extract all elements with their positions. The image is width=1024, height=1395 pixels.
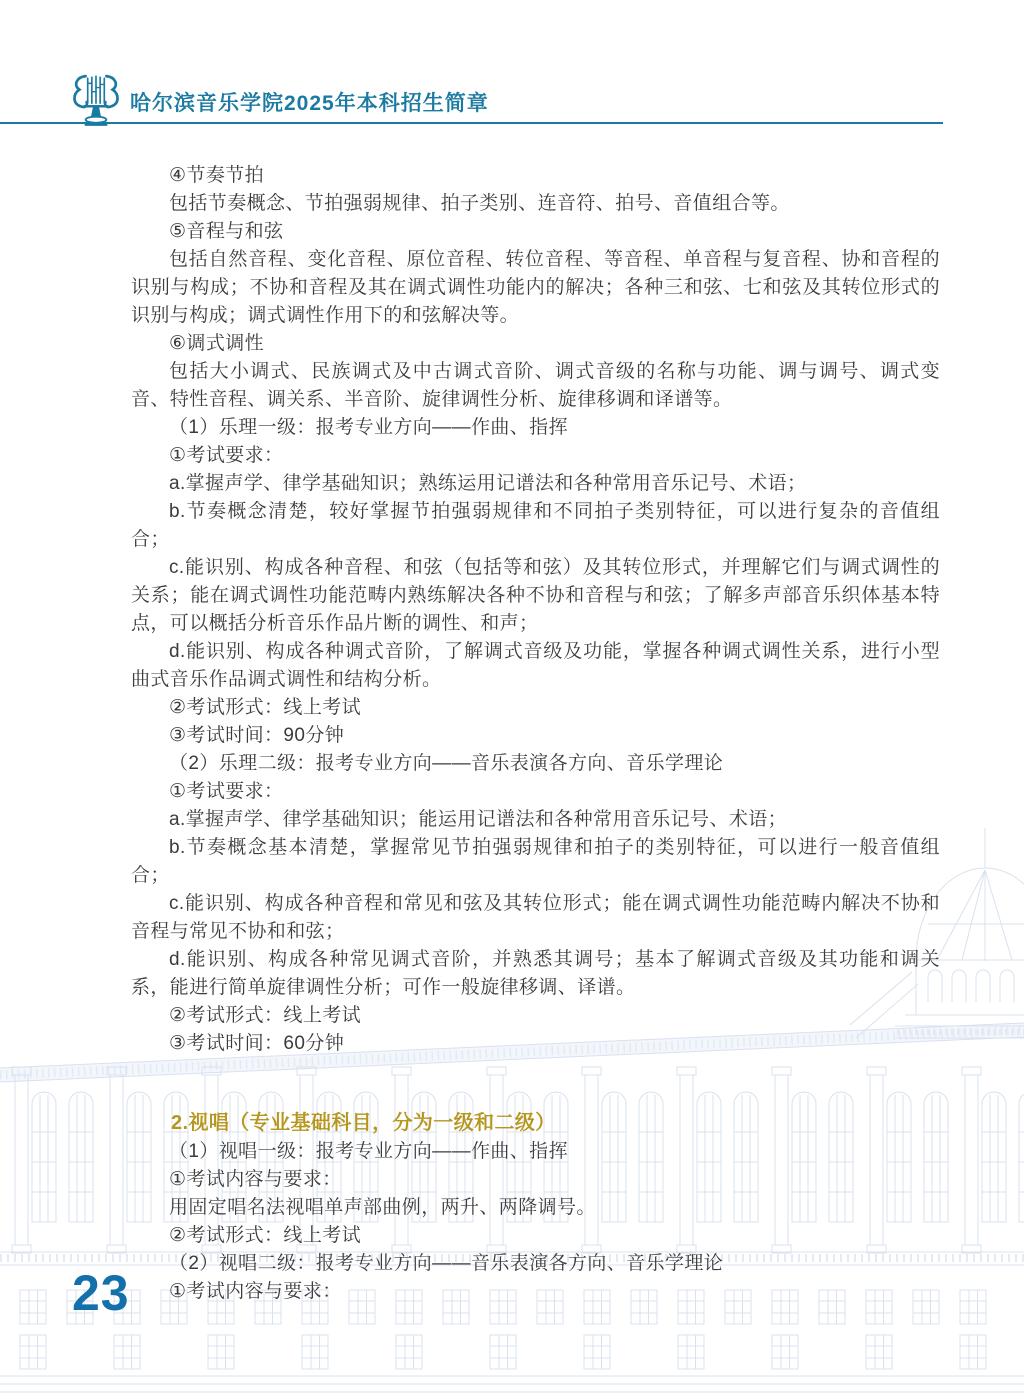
section-heading-sight-singing: 2.视唱（专业基础科目，分为一级和二级） bbox=[131, 1108, 940, 1138]
body-paragraph: ②考试形式：线上考试 bbox=[131, 1002, 940, 1030]
header-divider bbox=[0, 122, 943, 124]
body-paragraph: 用固定唱名法视唱单声部曲例，两升、两降调号。 bbox=[131, 1194, 940, 1222]
body-paragraph: （2）乐理二级：报考专业方向——音乐表演各方向、音乐学理论 bbox=[131, 750, 940, 778]
body-paragraph: ④节奏节拍 bbox=[131, 162, 940, 190]
body-paragraph: 包括自然音程、变化音程、原位音程、转位音程、等音程、单音程与复音程、协和音程的识… bbox=[131, 246, 940, 330]
body-paragraph: ③考试时间：90分钟 bbox=[131, 722, 940, 750]
body-paragraph: ②考试形式：线上考试 bbox=[131, 1222, 940, 1250]
body-paragraph: （1）乐理一级：报考专业方向——作曲、指挥 bbox=[131, 414, 940, 442]
body-paragraph: c.能识别、构成各种音程、和弦（包括等和弦）及其转位形式，并理解它们与调式调性的… bbox=[131, 554, 940, 638]
page-title: 哈尔滨音乐学院2025年本科招生简章 bbox=[130, 87, 489, 117]
body-paragraph: ⑤音程与和弦 bbox=[131, 218, 940, 246]
body-paragraph: d.能识别、构成各种调式音阶，了解调式音级及功能，掌握各种调式调性关系，进行小型… bbox=[131, 638, 940, 694]
body-paragraph: （2）视唱二级：报考专业方向——音乐表演各方向、音乐学理论 bbox=[131, 1250, 940, 1278]
lyre-icon bbox=[72, 72, 120, 128]
body-paragraph: ①考试要求： bbox=[131, 442, 940, 470]
body-paragraph: 包括大小调式、民族调式及中古调式音阶、调式音级的名称与功能、调与调号、调式变音、… bbox=[131, 358, 940, 414]
body-paragraph: ①考试内容与要求： bbox=[131, 1278, 940, 1306]
body-paragraph: a.掌握声学、律学基础知识；能运用记谱法和各种常用音乐记号、术语； bbox=[131, 806, 940, 834]
brochure-page: 哈尔滨音乐学院2025年本科招生简章 ④节奏节拍 包括节奏概念、节拍强弱规律、拍… bbox=[0, 0, 1024, 1395]
body-paragraph: b.节奏概念基本清楚，掌握常见节拍强弱规律和拍子的类别特征，可以进行一般音值组合… bbox=[131, 834, 940, 890]
body-paragraph: ③考试时间：60分钟 bbox=[131, 1030, 940, 1058]
body-paragraph: ①考试内容与要求： bbox=[131, 1166, 940, 1194]
body-paragraph: ②考试形式：线上考试 bbox=[131, 694, 940, 722]
body-paragraph: ①考试要求： bbox=[131, 778, 940, 806]
body-paragraph: （1）视唱一级：报考专业方向——作曲、指挥 bbox=[131, 1138, 940, 1166]
document-body: ④节奏节拍 包括节奏概念、节拍强弱规律、拍子类别、连音符、拍号、音值组合等。 ⑤… bbox=[131, 162, 940, 1306]
body-paragraph: c.能识别、构成各种音程和常见和弦及其转位形式；能在调式调性功能范畴内解决不协和… bbox=[131, 890, 940, 946]
body-paragraph: ⑥调式调性 bbox=[131, 330, 940, 358]
body-paragraph: d.能识别、构成各种常见调式音阶，并熟悉其调号；基本了解调式音级及其功能和调关系… bbox=[131, 946, 940, 1002]
page-number: 23 bbox=[72, 1264, 130, 1322]
body-paragraph: 包括节奏概念、节拍强弱规律、拍子类别、连音符、拍号、音值组合等。 bbox=[131, 190, 940, 218]
body-paragraph: b.节奏概念清楚，较好掌握节拍强弱规律和不同拍子类别特征，可以进行复杂的音值组合… bbox=[131, 498, 940, 554]
body-paragraph: a.掌握声学、律学基础知识；熟练运用记谱法和各种常用音乐记号、术语； bbox=[131, 470, 940, 498]
